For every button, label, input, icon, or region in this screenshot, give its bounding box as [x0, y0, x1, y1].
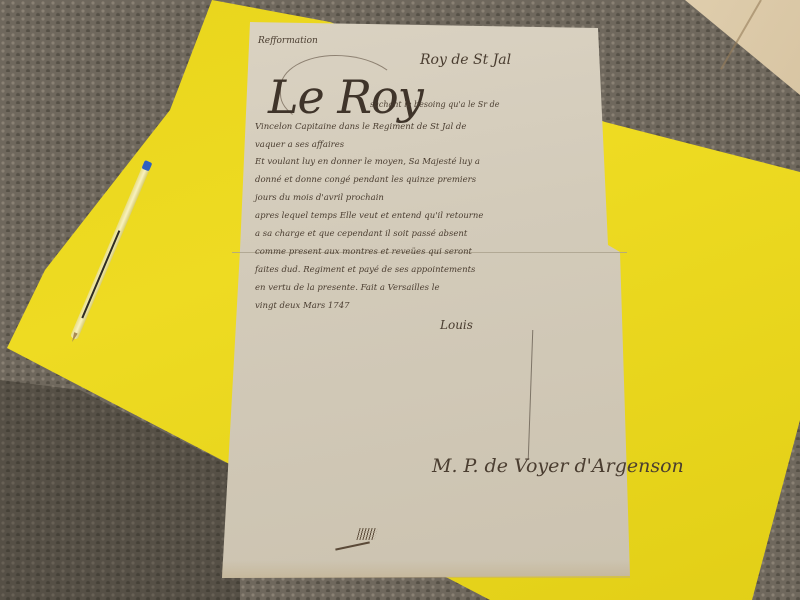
document-heading: Roy de St Jal [420, 52, 511, 68]
text-line-7: apres lequel temps Elle veut et entend q… [255, 211, 483, 221]
opening-le-roy: Le Roy [268, 70, 423, 124]
text-line-1: sachant le besoing qu'a le Sr de [370, 100, 500, 109]
text-line-8: a sa charge et que cependant il soit pas… [255, 229, 467, 239]
signature-louis: Louis [440, 318, 473, 332]
text-line-3: vaquer a ses affaires [255, 140, 344, 150]
document-aged-edge [222, 560, 630, 578]
text-line-11: en vertu de la presente. Fait a Versaill… [255, 283, 439, 293]
text-line-12: vingt deux Mars 1747 [255, 301, 350, 311]
paraph-mark [356, 528, 377, 540]
text-line-9: comme present aux montres et reveües qui… [255, 247, 472, 257]
margin-note: Refformation [258, 36, 318, 46]
text-line-2: Vincelon Capitaine dans le Regiment de S… [255, 122, 466, 132]
text-line-6: jours du mois d'avril prochain [255, 193, 384, 203]
signature-argenson: M. P. de Voyer d'Argenson [432, 455, 684, 477]
photo-scene: Refformation Roy de St Jal Le Roy sachan… [0, 0, 800, 600]
text-line-4: Et voulant luy en donner le moyen, Sa Ma… [255, 157, 480, 167]
text-line-5: donné et donne congé pendant les quinze … [255, 175, 476, 185]
text-line-10: faites dud. Regiment et payé de ses appo… [255, 265, 475, 275]
